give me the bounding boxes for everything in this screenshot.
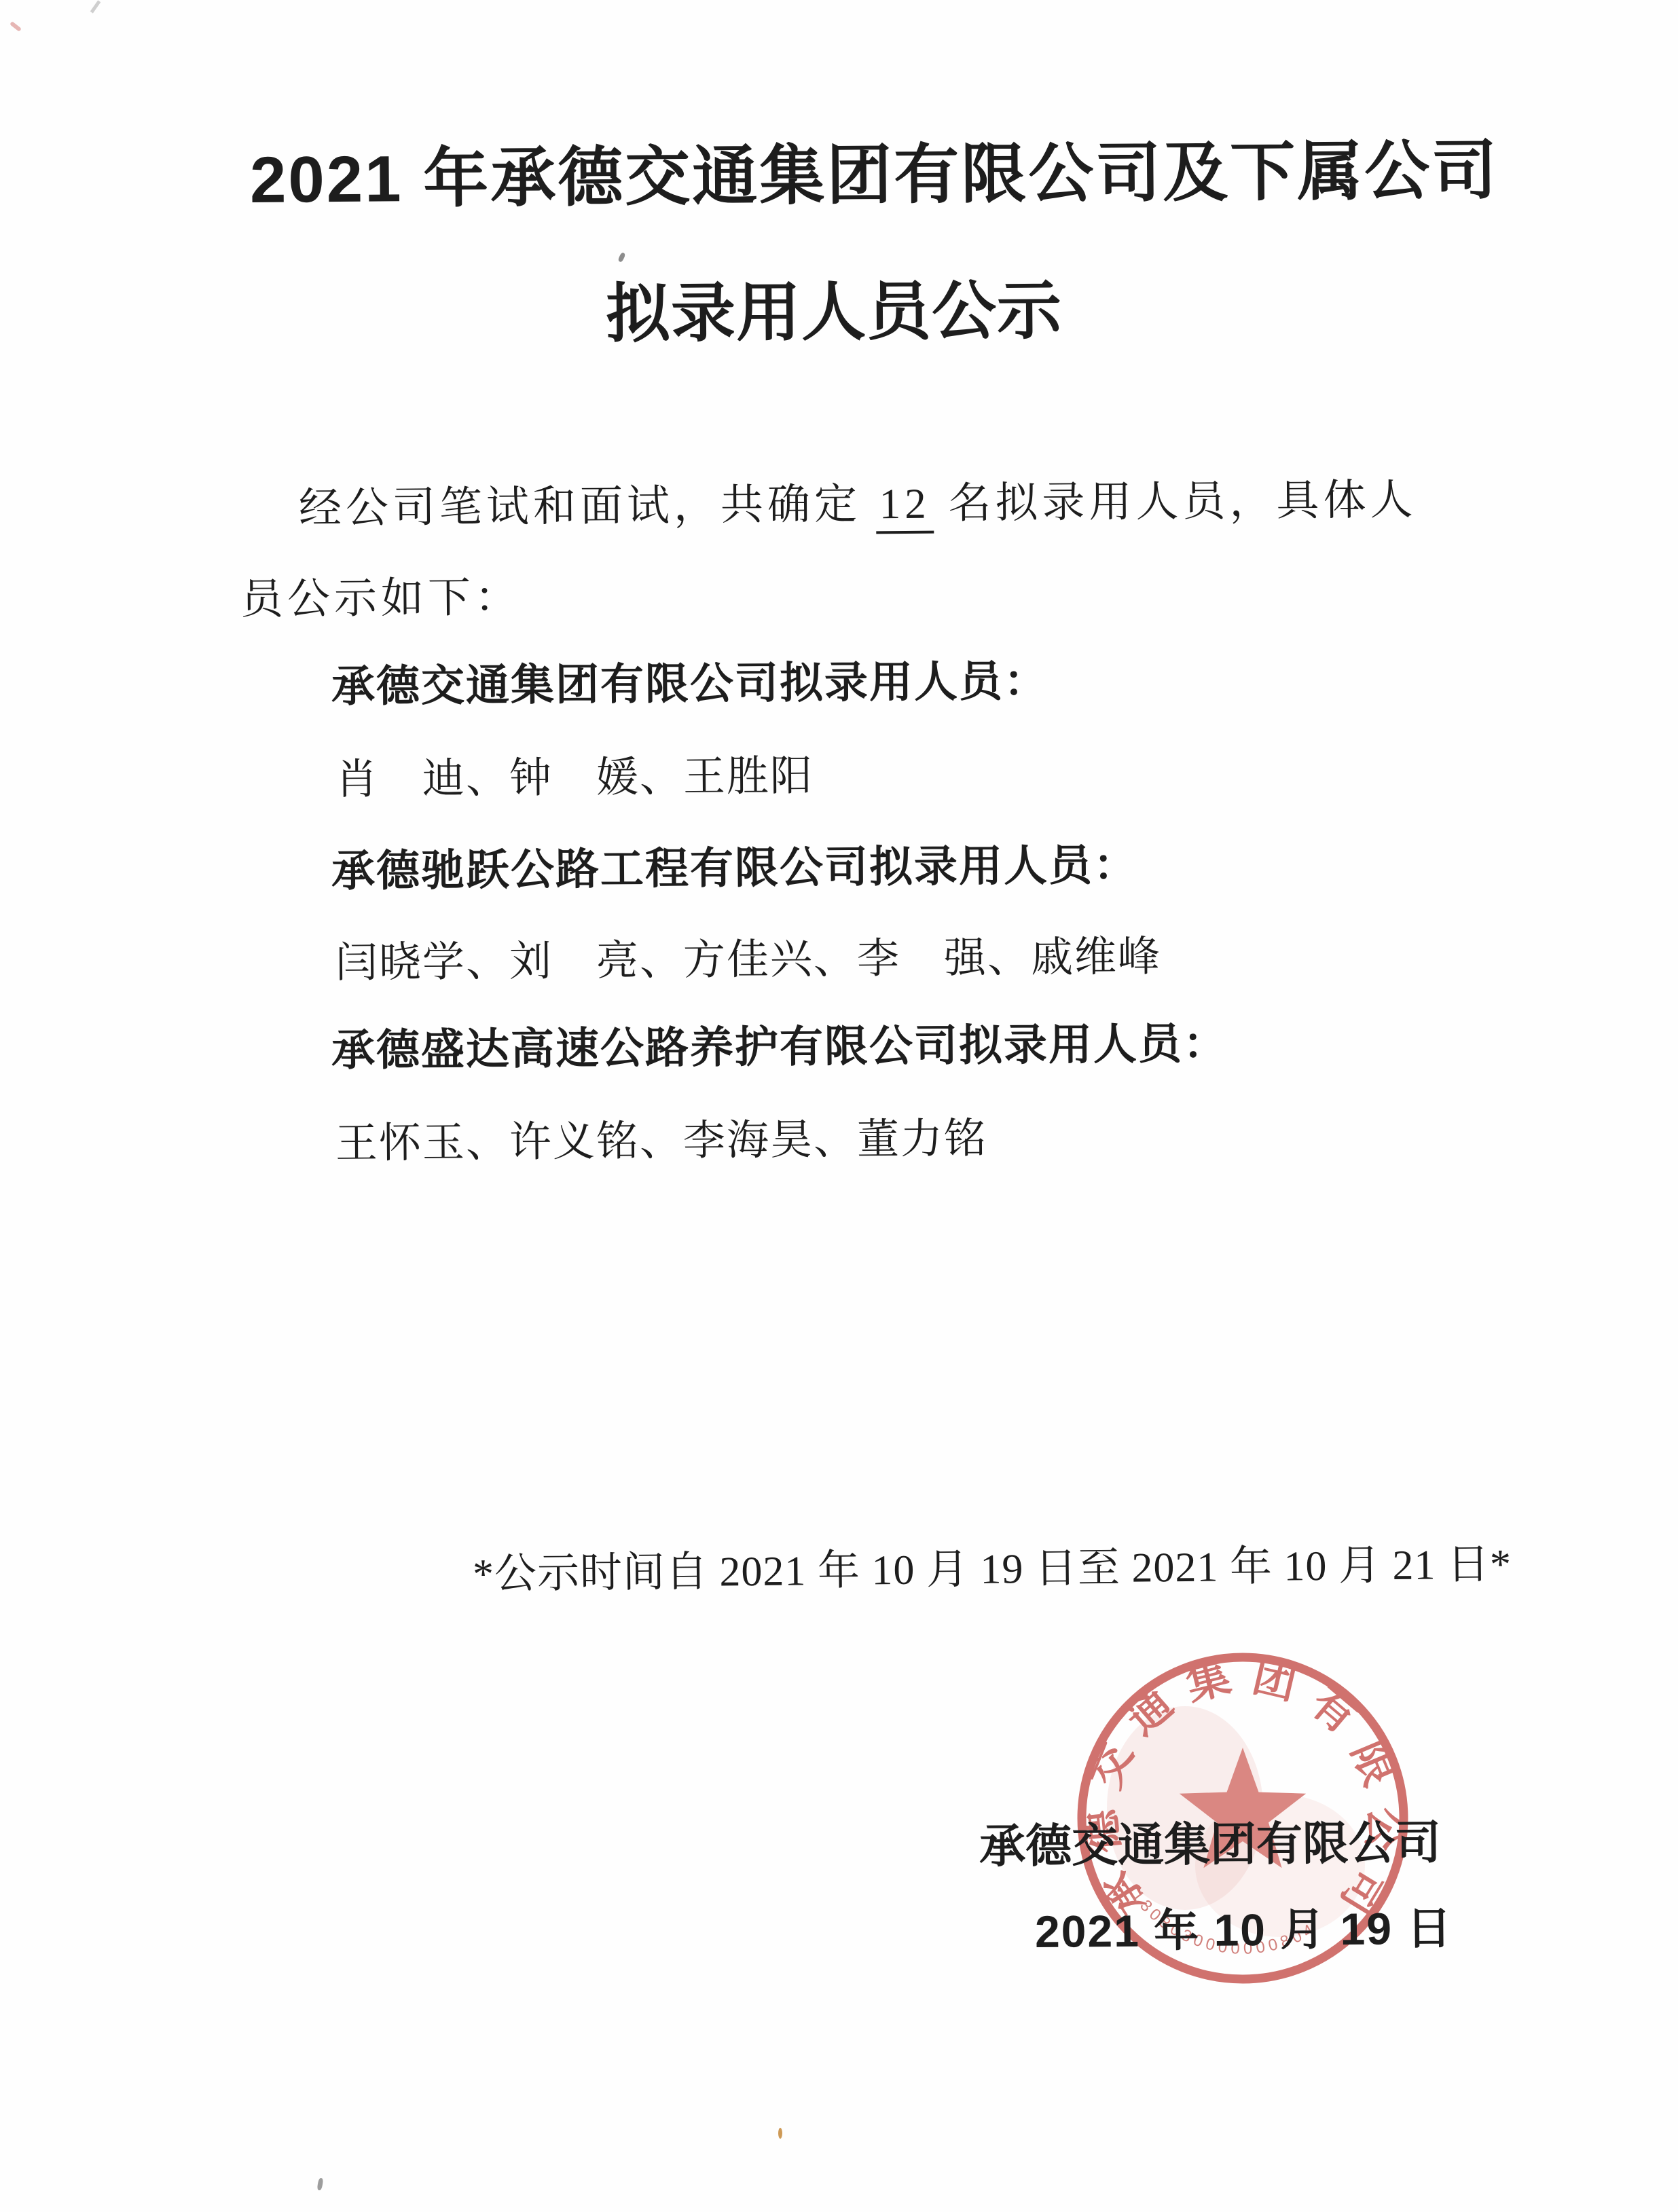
intro-line-2: 员公示如下：: [240, 576, 522, 621]
document-page: 承德交通集团有限公司 1308030000000804 2021 年承德交通集团…: [0, 0, 1678, 2212]
intro-line-1: 经公司笔试和面试，共确定 12 名拟录用人员，具体人: [299, 479, 1417, 530]
scan-artifact-dark-speck: [316, 2178, 323, 2191]
scan-artifact-pink-mark: [10, 21, 22, 32]
section-names-group-company: 肖 迪、钟 媛、王胜阳: [335, 755, 814, 801]
title-line-2: 拟录用人员公示: [606, 279, 1063, 347]
signature-date: 2021 年 10 月 19 日: [1035, 1906, 1453, 1954]
section-header-chiyue-company: 承德驰跃公路工程有限公司拟录用人员：: [331, 844, 1138, 893]
section-names-shengda-company: 王怀玉、许义铭、李海昊、董力铭: [335, 1118, 987, 1165]
notice-period-line: *公示时间自 2021 年 10 月 19 日至 2021 年 10 月 21 …: [473, 1543, 1512, 1596]
section-names-chiyue-company: 闫晓学、刘 亮、方佳兴、李 强、戚维峰: [335, 936, 1161, 984]
title-line-1: 2021 年承德交通集团有限公司及下属公司: [250, 139, 1499, 213]
scan-artifact-orange-dot: [778, 2128, 782, 2139]
signature-company: 承德交通集团有限公司: [979, 1820, 1442, 1870]
hired-count-underlined: 12: [875, 480, 934, 534]
scan-artifact-speck: [617, 252, 625, 263]
section-header-group-company: 承德交通集团有限公司拟录用人员：: [331, 660, 1048, 709]
section-header-shengda-company: 承德盛达高速公路养护有限公司拟录用人员：: [331, 1022, 1228, 1073]
intro-text-suffix: 名拟录用人员，具体人: [933, 476, 1417, 528]
scan-artifact-gray-streak: [90, 0, 101, 13]
intro-text-prefix: 经公司笔试和面试，共确定: [299, 480, 876, 532]
